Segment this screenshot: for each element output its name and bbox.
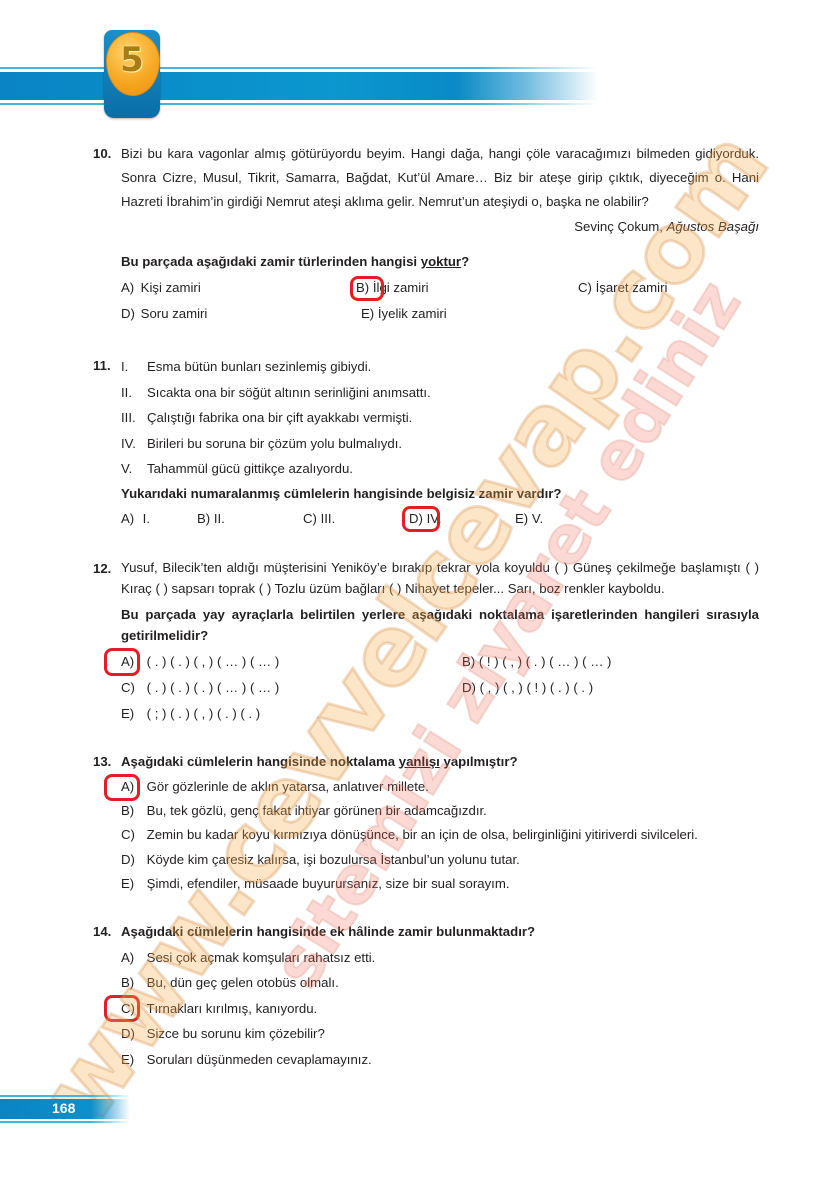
question-number: 10.: [93, 142, 111, 166]
question-passage: Bizi bu kara vagonlar almış götürüyordu …: [121, 142, 759, 214]
question-stem: Bu parçada aşağıdaki zamir türlerinden h…: [121, 250, 759, 274]
numbered-sentences: I.Esma bütün bunları sezinlemiş gibiydi.…: [121, 354, 759, 482]
question-11: 11. I.Esma bütün bunları sezinlemiş gibi…: [93, 354, 759, 531]
option-a[interactable]: A) Kişi zamiri: [121, 276, 341, 300]
option-e[interactable]: E) İyelik zamiri: [341, 302, 571, 326]
stem-emphasis: yanlışı: [399, 754, 440, 769]
question-14: 14. Aşağıdaki cümlelerin hangisinde ek h…: [93, 920, 759, 1073]
options: A) Sesi çok açmak komşuları rahatsız ett…: [121, 945, 759, 1073]
option-e[interactable]: E) Soruları düşünmeden cevaplamayınız.: [121, 1047, 759, 1073]
option-e[interactable]: E) Şimdi, efendiler, müsaade buyurursanı…: [121, 872, 759, 896]
option-d[interactable]: D) ( , ) ( , ) ( ! ) ( . ) ( . ): [462, 675, 759, 701]
option-d[interactable]: D) Köyde kim çaresiz kalırsa, işi bozulu…: [121, 848, 759, 872]
option-d[interactable]: D) Soru zamiri: [121, 302, 341, 326]
option-c[interactable]: C) ( . ) ( . ) ( . ) ( … ) ( … ): [121, 675, 462, 701]
option-a[interactable]: A) Gör gözlerinle de aklın yatarsa, anla…: [121, 775, 759, 799]
passage-source: Sevinç Çokum, Ağustos Başağı: [121, 215, 759, 239]
options: A) Gör gözlerinle de aklın yatarsa, anla…: [121, 775, 759, 897]
option-a[interactable]: A) I.: [121, 507, 197, 531]
question-number: 14.: [93, 920, 111, 944]
options: A) Kişi zamiri B) İlgi zamiri C) İşaret …: [121, 276, 759, 326]
sentence-5: V.Tahammül gücü gittikçe azalıyordu.: [121, 456, 759, 482]
sentence-3: III.Çalıştığı fabrika ona bir çift ayakk…: [121, 405, 759, 431]
question-stem: Aşağıdaki cümlelerin hangisinde noktalam…: [121, 750, 759, 774]
option-a[interactable]: A) Sesi çok açmak komşuları rahatsız ett…: [121, 945, 759, 971]
sentence-1: I.Esma bütün bunları sezinlemiş gibiydi.: [121, 354, 759, 380]
page-number: 168: [52, 1100, 75, 1116]
sentence-2: II.Sıcakta ona bir söğüt altının serinli…: [121, 380, 759, 406]
option-c[interactable]: C) Tırnakları kırılmış, kanıyordu.: [121, 996, 759, 1022]
unit-number: 5: [104, 40, 160, 80]
option-b[interactable]: B) Bu, tek gözlü, genç fakat ihtiyar gör…: [121, 799, 759, 823]
options: A) I. B) II. C) III. D) IV. E) V.: [121, 507, 759, 531]
option-c[interactable]: C) İşaret zamiri: [571, 276, 759, 300]
question-stem: Yukarıdaki numaralanmış cümlelerin hangi…: [121, 482, 759, 506]
option-b[interactable]: B) İlgi zamiri: [341, 276, 571, 300]
sentence-4: IV.Birileri bu soruna bir çözüm yolu bul…: [121, 431, 759, 457]
option-e[interactable]: E) V.: [515, 507, 759, 531]
question-number: 12.: [93, 557, 111, 581]
question-13: 13. Aşağıdaki cümlelerin hangisinde nokt…: [93, 750, 759, 897]
question-stem: Aşağıdaki cümlelerin hangisinde ek hâlin…: [121, 920, 759, 944]
options: A) ( . ) ( . ) ( , ) ( … ) ( … ) B) ( ! …: [121, 649, 759, 727]
option-b[interactable]: B) ( ! ) ( , ) ( . ) ( … ) ( … ): [462, 649, 759, 675]
source-title: Ağustos Başağı: [667, 219, 759, 234]
question-passage: Yusuf, Bilecik’ten aldığı müşterisini Ye…: [121, 557, 759, 599]
stem-emphasis: yoktur: [421, 254, 461, 269]
question-stem: Bu parçada yay ayraçlarla belirtilen yer…: [121, 604, 759, 646]
option-c[interactable]: C) Zemin bu kadar koyu kırmızıya dönüşün…: [121, 823, 759, 847]
option-e[interactable]: E) ( ; ) ( . ) ( , ) ( . ) ( . ): [121, 701, 462, 727]
option-b[interactable]: B) Bu, dün geç gelen otobüs olmalı.: [121, 970, 759, 996]
question-12: 12. Yusuf, Bilecik’ten aldığı müşterisin…: [93, 557, 759, 727]
option-c[interactable]: C) III.: [303, 507, 409, 531]
question-number: 13.: [93, 750, 111, 774]
question-10: 10. Bizi bu kara vagonlar almış götürüyo…: [93, 142, 759, 326]
source-author: Sevinç Çokum,: [574, 219, 663, 234]
stem-text-end: yapılmıştır?: [440, 754, 518, 769]
unit-badge: 5: [104, 30, 160, 118]
option-d[interactable]: D) Sizce bu sorunu kim çözebilir?: [121, 1021, 759, 1047]
stem-text-end: ?: [461, 254, 469, 269]
option-b[interactable]: B) II.: [197, 507, 303, 531]
stem-text: Bu parçada aşağıdaki zamir türlerinden h…: [121, 254, 421, 269]
page-content: 10. Bizi bu kara vagonlar almış götürüyo…: [93, 142, 759, 1072]
option-a[interactable]: A) ( . ) ( . ) ( , ) ( … ) ( … ): [121, 649, 462, 675]
stem-text: Aşağıdaki cümlelerin hangisinde noktalam…: [121, 754, 399, 769]
question-number: 11.: [93, 354, 111, 378]
option-d[interactable]: D) IV.: [409, 507, 515, 531]
